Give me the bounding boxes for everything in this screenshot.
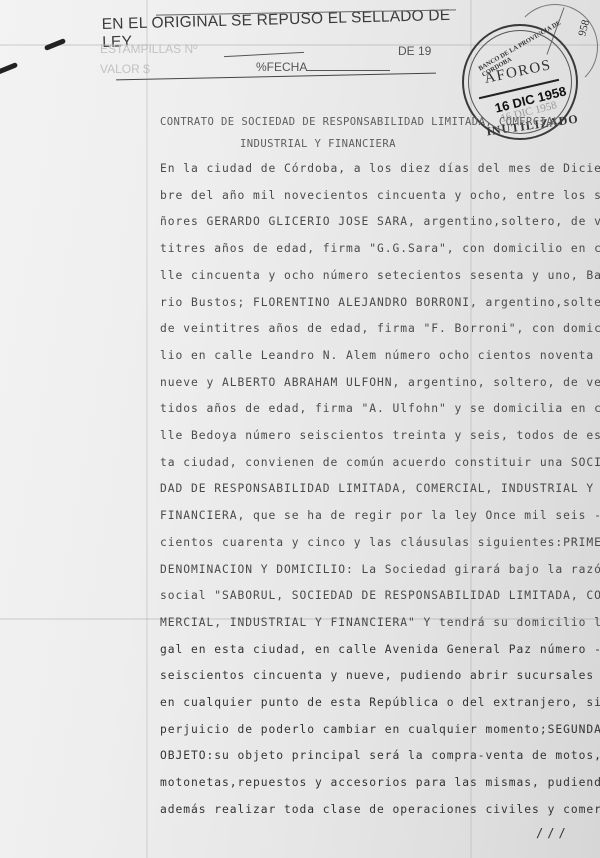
document-title-line-2: INDUSTRIAL Y FINANCIERA [240, 138, 600, 150]
document-line: cientos cuarenta y cinco y las cláusulas… [160, 536, 600, 549]
stamps-rule [224, 52, 304, 57]
continuation-mark: /// [536, 826, 570, 840]
value-label: VALOR $ [100, 62, 150, 76]
document-line: social "SABORUL, SOCIEDAD DE RESPONSABIL… [160, 589, 600, 602]
document-line: seiscientos cincuenta y nueve, pudiendo … [160, 669, 594, 682]
document-line: tidos años de edad, firma "A. Ulfohn" y … [160, 402, 600, 415]
document-line: lio en calle Leandro N. Alem número ocho… [160, 349, 600, 362]
document-line: en cualquier punto de esta República o d… [160, 696, 600, 709]
document-line: titres años de edad, firma "G.G.Sara", c… [160, 242, 600, 255]
document-title-line-1: CONTRATO DE SOCIEDAD DE RESPONSABILIDAD … [160, 116, 580, 128]
date-label: %FECHA [256, 60, 307, 74]
document-line: bre del año mil novecientos cincuenta y … [160, 189, 600, 202]
document-line: rio Bustos; FLORENTINO ALEJANDRO BORRONI… [160, 296, 600, 309]
document-line: además realizar toda clase de operacione… [160, 803, 600, 816]
header-stamp: EN EL ORIGINAL SE REPUSO EL SELLADO DE L… [96, 4, 468, 76]
document-line: lle Bedoya número seiscientos treinta y … [160, 429, 600, 442]
stamps-label: ESTAMPILLAS Nº [100, 42, 198, 56]
document-line: MERCIAL, INDUSTRIAL Y FINANCIERA" Y tend… [160, 616, 600, 629]
document-line: perjuicio de poderlo cambiar en cualquie… [160, 723, 600, 736]
document-line: de veintitres años de edad, firma "F. Bo… [160, 322, 600, 335]
document-line: FINANCIERA, que se ha de regir por la le… [160, 509, 600, 522]
document-line: DAD DE RESPONSABILIDAD LIMITADA, COMERCI… [160, 482, 600, 495]
document-line: lle cincuenta y ocho número setecientos … [160, 269, 600, 282]
seal-bar [479, 79, 559, 99]
document-line: DENOMINACION Y DOMICILIO: La Sociedad gi… [160, 563, 600, 576]
date-rule [306, 70, 390, 71]
staple-icon [0, 62, 18, 75]
document-line: ñores GERARDO GLICERIO JOSE SARA, argent… [160, 215, 600, 228]
document-line: nueve y ALBERTO ABRAHAM ULFOHN, argentin… [160, 376, 600, 389]
document-line: OBJETO:su objeto principal será la compr… [160, 749, 600, 762]
seal-date: 16 DIC 1958 [493, 83, 567, 115]
document-line: ta ciudad, convienen de común acuerdo co… [160, 456, 600, 469]
seal-outer-text: BANCO DE LA PROVINCIA DE CORDOBA [477, 15, 572, 78]
seal-name: AFOROS [483, 57, 553, 88]
document-line: En la ciudad de Córdoba, a los diez días… [160, 162, 600, 175]
document-line: motonetas,repuestos y accesorios para la… [160, 776, 600, 789]
year-label: DE 19 [398, 44, 431, 58]
document-page: EN EL ORIGINAL SE REPUSO EL SELLADO DE L… [0, 0, 600, 858]
document-line: gal en esta ciudad, en calle Avenida Gen… [160, 643, 600, 656]
fold-line [146, 0, 148, 858]
